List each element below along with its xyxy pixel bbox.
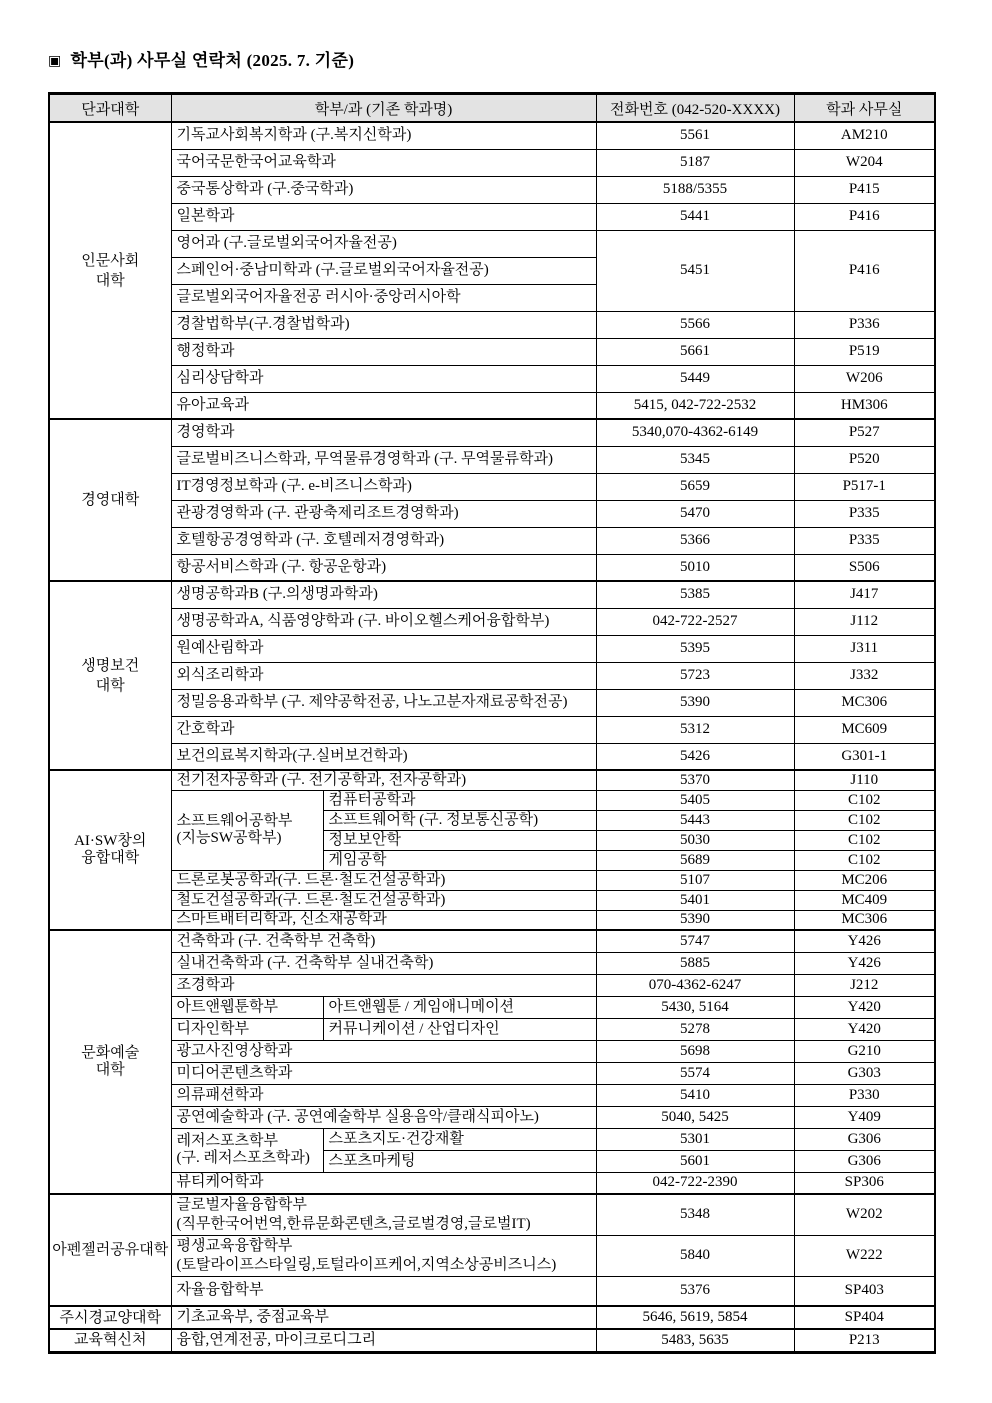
office-cell: AM210 xyxy=(794,122,935,149)
contact-table: 단과대학 학부/과 (기존 학과명) 전화번호 (042-520-XXXX) 학… xyxy=(48,92,936,1354)
dept-name-line: (토탈라이프스타일링,토털라이프케어,지역소상공비즈니스) xyxy=(177,1256,591,1275)
table-row: 간호학과5312MC609 xyxy=(49,716,935,743)
dept-cell: 광고사진영상학과 xyxy=(171,1040,596,1062)
college-cell: 인문사회대학 xyxy=(49,122,171,419)
dept-group-line: 소프트웨어공학부 xyxy=(177,813,318,830)
dept-cell: 글로벌자율융합학부(직무한국어번역,한류문화콘텐츠,글로벌경영,글로벌IT) xyxy=(171,1194,596,1235)
college-cell: 아펜젤러공유대학 xyxy=(49,1194,171,1306)
phone-cell: 5443 xyxy=(596,810,794,830)
office-cell: SP404 xyxy=(794,1306,935,1329)
phone-cell: 5747 xyxy=(596,930,794,952)
column-header-college: 단과대학 xyxy=(49,94,171,123)
office-cell: P416 xyxy=(794,230,935,311)
table-row: 철도건설공학과(구. 드론·철도건설공학과)5401MC409 xyxy=(49,890,935,910)
table-row: 디자인학부커뮤니케이션 / 산업디자인5278Y420 xyxy=(49,1018,935,1040)
office-cell: C102 xyxy=(794,810,935,830)
dept-group-line: 아트앤웹툰학부 xyxy=(177,999,318,1016)
phone-cell: 5561 xyxy=(596,122,794,149)
office-cell: G301-1 xyxy=(794,743,935,770)
page-title: ▣학부(과) 사무실 연락처 (2025. 7. 기준) xyxy=(48,46,992,71)
phone-cell: 5574 xyxy=(596,1062,794,1084)
table-row: 자율융합학부5376SP403 xyxy=(49,1276,935,1306)
dept-cell: 스마트배터리학과, 신소재공학과 xyxy=(171,910,596,930)
phone-cell: 5187 xyxy=(596,149,794,176)
phone-cell: 5278 xyxy=(596,1018,794,1040)
office-cell: Y409 xyxy=(794,1106,935,1128)
dept-group-cell: 소프트웨어공학부(지능SW공학부) xyxy=(171,790,323,870)
dept-cell: 자율융합학부 xyxy=(171,1276,596,1306)
table-row: 생명보건대학생명공학과B (구.의생명과학과)5385J417 xyxy=(49,581,935,608)
phone-cell: 5449 xyxy=(596,365,794,392)
table-row: 광고사진영상학과5698G210 xyxy=(49,1040,935,1062)
office-cell: G306 xyxy=(794,1128,935,1150)
office-cell: J110 xyxy=(794,770,935,790)
table-row: 일본학과5441P416 xyxy=(49,203,935,230)
title-marker-icon: ▣ xyxy=(48,54,62,69)
phone-cell: 5385 xyxy=(596,581,794,608)
dept-name-line: 글로벌자율융합학부 xyxy=(177,1196,591,1215)
table-row: 중국통상학과 (구.중국학과)5188/5355P415 xyxy=(49,176,935,203)
office-cell: P213 xyxy=(794,1329,935,1352)
table-row: 정밀응용과학부 (구. 제약공학전공, 나노고분자재료공학전공)5390MC30… xyxy=(49,689,935,716)
table-row: 외식조리학과5723J332 xyxy=(49,662,935,689)
table-row: 관광경영학과 (구. 관광축제리조트경영학과)5470P335 xyxy=(49,500,935,527)
table-row: 뷰티케어학과042-722-2390SP306 xyxy=(49,1172,935,1194)
phone-cell: 5441 xyxy=(596,203,794,230)
dept-group-cell: 아트앤웹툰학부 xyxy=(171,996,323,1018)
office-cell: P416 xyxy=(794,203,935,230)
dept-group-cell: 디자인학부 xyxy=(171,1018,323,1040)
office-cell: Y420 xyxy=(794,996,935,1018)
table-row: 아트앤웹툰학부아트앤웹툰 / 게임애니메이션5430, 5164Y420 xyxy=(49,996,935,1018)
dept-cell: 전기전자공학과 (구. 전기공학과, 전자공학과) xyxy=(171,770,596,790)
dept-cell: 의류패션학과 xyxy=(171,1084,596,1106)
phone-cell: 5410 xyxy=(596,1084,794,1106)
office-cell: SP306 xyxy=(794,1172,935,1194)
dept-name-line: 평생교육융합학부 xyxy=(177,1237,591,1256)
dept-cell: 보건의료복지학과(구.실버보건학과) xyxy=(171,743,596,770)
table-row: 행정학과5661P519 xyxy=(49,338,935,365)
title-text: 학부(과) 사무실 연락처 (2025. 7. 기준) xyxy=(71,51,355,70)
dept-sub-cell: 스포츠지도·건강재활 xyxy=(323,1128,596,1150)
dept-sub-cell: 소프트웨어학 (구. 정보통신공학) xyxy=(323,810,596,830)
dept-cell: 미디어콘텐츠학과 xyxy=(171,1062,596,1084)
college-name-line: 인문사회 xyxy=(51,251,170,271)
phone-cell: 5426 xyxy=(596,743,794,770)
table-row: 평생교육융합학부(토탈라이프스타일링,토털라이프케어,지역소상공비즈니스)584… xyxy=(49,1235,935,1276)
office-cell: MC409 xyxy=(794,890,935,910)
dept-sub-cell: 컴퓨터공학과 xyxy=(323,790,596,810)
phone-cell: 5566 xyxy=(596,311,794,338)
office-cell: C102 xyxy=(794,830,935,850)
column-header-phone: 전화번호 (042-520-XXXX) xyxy=(596,94,794,123)
office-cell: Y426 xyxy=(794,952,935,974)
office-cell: SP403 xyxy=(794,1276,935,1306)
dept-sub-cell: 정보보안학 xyxy=(323,830,596,850)
phone-cell: 5348 xyxy=(596,1194,794,1235)
dept-cell: 경영학과 xyxy=(171,419,596,446)
college-name-line: 대학 xyxy=(51,1062,170,1079)
college-cell: 경영대학 xyxy=(49,419,171,581)
college-cell: 교육혁신처 xyxy=(49,1329,171,1352)
office-cell: MC306 xyxy=(794,689,935,716)
office-cell: S506 xyxy=(794,554,935,581)
dept-cell: 철도건설공학과(구. 드론·철도건설공학과) xyxy=(171,890,596,910)
college-name-line: 문화예술 xyxy=(51,1045,170,1062)
phone-cell: 5689 xyxy=(596,850,794,870)
phone-cell: 5030 xyxy=(596,830,794,850)
dept-cell: 건축학과 (구. 건축학부 건축학) xyxy=(171,930,596,952)
dept-cell: 행정학과 xyxy=(171,338,596,365)
document-page: ▣학부(과) 사무실 연락처 (2025. 7. 기준) 단과대학 학부/과 (… xyxy=(0,0,992,1354)
office-cell: J332 xyxy=(794,662,935,689)
table-row: AI·SW창의융합대학전기전자공학과 (구. 전기공학과, 전자공학과)5370… xyxy=(49,770,935,790)
table-row: 스마트배터리학과, 신소재공학과5390MC306 xyxy=(49,910,935,930)
table-row: 경찰법학부(구.경찰법학과)5566P336 xyxy=(49,311,935,338)
college-cell: AI·SW창의융합대학 xyxy=(49,770,171,930)
phone-cell: 5840 xyxy=(596,1235,794,1276)
table-row: 보건의료복지학과(구.실버보건학과)5426G301-1 xyxy=(49,743,935,770)
column-header-dept: 학부/과 (기존 학과명) xyxy=(171,94,596,123)
table-row: 글로벌비즈니스학과, 무역물류경영학과 (구. 무역물류학과)5345P520 xyxy=(49,446,935,473)
office-cell: J311 xyxy=(794,635,935,662)
phone-cell: 5415, 042-722-2532 xyxy=(596,392,794,419)
phone-cell: 5885 xyxy=(596,952,794,974)
dept-group-line: 레저스포츠학부 xyxy=(177,1133,318,1150)
dept-cell: 생명공학과B (구.의생명과학과) xyxy=(171,581,596,608)
phone-cell: 5107 xyxy=(596,870,794,890)
dept-cell: IT경영정보학과 (구. e-비즈니스학과) xyxy=(171,473,596,500)
header-row: 단과대학 학부/과 (기존 학과명) 전화번호 (042-520-XXXX) 학… xyxy=(49,94,935,123)
table-row: 원예산림학과5395J311 xyxy=(49,635,935,662)
college-name-line: 주시경교양대학 xyxy=(51,1308,170,1328)
phone-cell: 5451 xyxy=(596,230,794,311)
table-row: 영어과 (구.글로벌외국어자율전공)5451P416 xyxy=(49,230,935,257)
dept-cell: 영어과 (구.글로벌외국어자율전공) xyxy=(171,230,596,257)
office-cell: Y420 xyxy=(794,1018,935,1040)
office-cell: P520 xyxy=(794,446,935,473)
office-cell: HM306 xyxy=(794,392,935,419)
college-name-line: 대학 xyxy=(51,271,170,291)
phone-cell: 5483, 5635 xyxy=(596,1329,794,1352)
phone-cell: 5370 xyxy=(596,770,794,790)
phone-cell: 5401 xyxy=(596,890,794,910)
dept-sub-cell: 게임공학 xyxy=(323,850,596,870)
dept-cell: 공연예술학과 (구. 공연예술학부 실용음악/클래식피아노) xyxy=(171,1106,596,1128)
dept-cell: 기초교육부, 중점교육부 xyxy=(171,1306,596,1329)
phone-cell: 5470 xyxy=(596,500,794,527)
dept-group-line: (지능SW공학부) xyxy=(177,830,318,847)
table-row: 미디어콘텐츠학과5574G303 xyxy=(49,1062,935,1084)
college-cell: 주시경교양대학 xyxy=(49,1306,171,1329)
college-cell: 생명보건대학 xyxy=(49,581,171,770)
table-row: 호텔항공경영학과 (구. 호텔레저경영학과)5366P335 xyxy=(49,527,935,554)
dept-group-line: (구. 레저스포츠학과) xyxy=(177,1150,318,1167)
office-cell: MC609 xyxy=(794,716,935,743)
table-row: 조경학과070-4362-6247J212 xyxy=(49,974,935,996)
college-name-line: 경영대학 xyxy=(51,490,170,510)
office-cell: W206 xyxy=(794,365,935,392)
office-cell: C102 xyxy=(794,850,935,870)
office-cell: G306 xyxy=(794,1150,935,1172)
phone-cell: 5390 xyxy=(596,689,794,716)
office-cell: P335 xyxy=(794,527,935,554)
dept-cell: 조경학과 xyxy=(171,974,596,996)
dept-cell: 생명공학과A, 식품영양학과 (구. 바이오헬스케어융합학부) xyxy=(171,608,596,635)
dept-cell: 항공서비스학과 (구. 항공운항과) xyxy=(171,554,596,581)
table-row: 의류패션학과5410P330 xyxy=(49,1084,935,1106)
office-cell: P330 xyxy=(794,1084,935,1106)
college-name-line: 생명보건 xyxy=(51,656,170,676)
office-cell: P517-1 xyxy=(794,473,935,500)
phone-cell: 5010 xyxy=(596,554,794,581)
phone-cell: 5661 xyxy=(596,338,794,365)
phone-cell: 5698 xyxy=(596,1040,794,1062)
dept-sub-cell: 커뮤니케이션 / 산업디자인 xyxy=(323,1018,596,1040)
dept-cell: 호텔항공경영학과 (구. 호텔레저경영학과) xyxy=(171,527,596,554)
phone-cell: 5366 xyxy=(596,527,794,554)
table-row: 소프트웨어공학부(지능SW공학부)컴퓨터공학과5405C102 xyxy=(49,790,935,810)
phone-cell: 042-722-2527 xyxy=(596,608,794,635)
dept-cell: 기독교사회복지학과 (구.복지신학과) xyxy=(171,122,596,149)
dept-cell: 중국통상학과 (구.중국학과) xyxy=(171,176,596,203)
table-row: 인문사회대학기독교사회복지학과 (구.복지신학과)5561AM210 xyxy=(49,122,935,149)
table-row: IT경영정보학과 (구. e-비즈니스학과)5659P517-1 xyxy=(49,473,935,500)
table-row: 경영대학경영학과5340,070-4362-6149P527 xyxy=(49,419,935,446)
table-row: 심리상담학과5449W206 xyxy=(49,365,935,392)
phone-cell: 5646, 5619, 5854 xyxy=(596,1306,794,1329)
table-row: 유아교육과5415, 042-722-2532HM306 xyxy=(49,392,935,419)
phone-cell: 5040, 5425 xyxy=(596,1106,794,1128)
office-cell: J417 xyxy=(794,581,935,608)
office-cell: P415 xyxy=(794,176,935,203)
dept-cell: 글로벌비즈니스학과, 무역물류경영학과 (구. 무역물류학과) xyxy=(171,446,596,473)
dept-cell: 간호학과 xyxy=(171,716,596,743)
office-cell: W204 xyxy=(794,149,935,176)
dept-cell: 외식조리학과 xyxy=(171,662,596,689)
table-row: 레저스포츠학부(구. 레저스포츠학과)스포츠지도·건강재활5301G306 xyxy=(49,1128,935,1150)
column-header-office: 학과 사무실 xyxy=(794,94,935,123)
college-cell: 문화예술대학 xyxy=(49,930,171,1194)
office-cell: W222 xyxy=(794,1235,935,1276)
dept-cell: 일본학과 xyxy=(171,203,596,230)
office-cell: P519 xyxy=(794,338,935,365)
phone-cell: 5405 xyxy=(596,790,794,810)
office-cell: C102 xyxy=(794,790,935,810)
dept-cell: 정밀응용과학부 (구. 제약공학전공, 나노고분자재료공학전공) xyxy=(171,689,596,716)
table-row: 문화예술대학건축학과 (구. 건축학부 건축학)5747Y426 xyxy=(49,930,935,952)
office-cell: G210 xyxy=(794,1040,935,1062)
dept-cell: 실내건축학과 (구. 건축학부 실내건축학) xyxy=(171,952,596,974)
office-cell: G303 xyxy=(794,1062,935,1084)
phone-cell: 5340,070-4362-6149 xyxy=(596,419,794,446)
table-row: 교육혁신처융합,연계전공, 마이크로디그리5483, 5635P213 xyxy=(49,1329,935,1352)
office-cell: Y426 xyxy=(794,930,935,952)
phone-cell: 5188/5355 xyxy=(596,176,794,203)
phone-cell: 5601 xyxy=(596,1150,794,1172)
dept-group-cell: 레저스포츠학부(구. 레저스포츠학과) xyxy=(171,1128,323,1172)
table-body: 인문사회대학기독교사회복지학과 (구.복지신학과)5561AM210국어국문한국… xyxy=(49,122,935,1352)
table-row: 실내건축학과 (구. 건축학부 실내건축학)5885Y426 xyxy=(49,952,935,974)
phone-cell: 5395 xyxy=(596,635,794,662)
table-row: 드론로봇공학과(구. 드론·철도건설공학과)5107MC206 xyxy=(49,870,935,890)
dept-cell: 국어국문한국어교육학과 xyxy=(171,149,596,176)
office-cell: MC306 xyxy=(794,910,935,930)
office-cell: MC206 xyxy=(794,870,935,890)
phone-cell: 5430, 5164 xyxy=(596,996,794,1018)
office-cell: J112 xyxy=(794,608,935,635)
dept-cell: 심리상담학과 xyxy=(171,365,596,392)
phone-cell: 5390 xyxy=(596,910,794,930)
table-row: 아펜젤러공유대학글로벌자율융합학부(직무한국어번역,한류문화콘텐츠,글로벌경영,… xyxy=(49,1194,935,1235)
table-row: 국어국문한국어교육학과5187W204 xyxy=(49,149,935,176)
phone-cell: 5345 xyxy=(596,446,794,473)
dept-cell: 유아교육과 xyxy=(171,392,596,419)
dept-group-line: 디자인학부 xyxy=(177,1021,318,1038)
table-row: 생명공학과A, 식품영양학과 (구. 바이오헬스케어융합학부)042-722-2… xyxy=(49,608,935,635)
dept-cell: 드론로봇공학과(구. 드론·철도건설공학과) xyxy=(171,870,596,890)
dept-cell: 글로벌외국어자율전공 러시아·중앙러시아학 xyxy=(171,284,596,311)
phone-cell: 070-4362-6247 xyxy=(596,974,794,996)
office-cell: J212 xyxy=(794,974,935,996)
college-name-line: 아펜젤러공유대학 xyxy=(51,1240,170,1260)
college-name-line: 융합대학 xyxy=(51,850,170,867)
phone-cell: 5301 xyxy=(596,1128,794,1150)
office-cell: W202 xyxy=(794,1194,935,1235)
phone-cell: 042-722-2390 xyxy=(596,1172,794,1194)
dept-cell: 경찰법학부(구.경찰법학과) xyxy=(171,311,596,338)
table-row: 공연예술학과 (구. 공연예술학부 실용음악/클래식피아노)5040, 5425… xyxy=(49,1106,935,1128)
office-cell: P336 xyxy=(794,311,935,338)
office-cell: P335 xyxy=(794,500,935,527)
dept-name-line: (직무한국어번역,한류문화콘텐츠,글로벌경영,글로벌IT) xyxy=(177,1215,591,1234)
dept-cell: 관광경영학과 (구. 관광축제리조트경영학과) xyxy=(171,500,596,527)
table-row: 항공서비스학과 (구. 항공운항과)5010S506 xyxy=(49,554,935,581)
phone-cell: 5312 xyxy=(596,716,794,743)
dept-cell: 뷰티케어학과 xyxy=(171,1172,596,1194)
phone-cell: 5659 xyxy=(596,473,794,500)
college-name-line: AI·SW창의 xyxy=(51,833,170,850)
office-cell: P527 xyxy=(794,419,935,446)
phone-cell: 5376 xyxy=(596,1276,794,1306)
dept-cell: 스페인어·중남미학과 (구.글로벌외국어자율전공) xyxy=(171,257,596,284)
dept-sub-cell: 아트앤웹툰 / 게임애니메이션 xyxy=(323,996,596,1018)
dept-cell: 원예산림학과 xyxy=(171,635,596,662)
phone-cell: 5723 xyxy=(596,662,794,689)
college-name-line: 교육혁신처 xyxy=(51,1330,170,1350)
dept-sub-cell: 스포츠마케팅 xyxy=(323,1150,596,1172)
dept-cell: 평생교육융합학부(토탈라이프스타일링,토털라이프케어,지역소상공비즈니스) xyxy=(171,1235,596,1276)
dept-cell: 융합,연계전공, 마이크로디그리 xyxy=(171,1329,596,1352)
college-name-line: 대학 xyxy=(51,676,170,696)
table-row: 주시경교양대학기초교육부, 중점교육부5646, 5619, 5854SP404 xyxy=(49,1306,935,1329)
